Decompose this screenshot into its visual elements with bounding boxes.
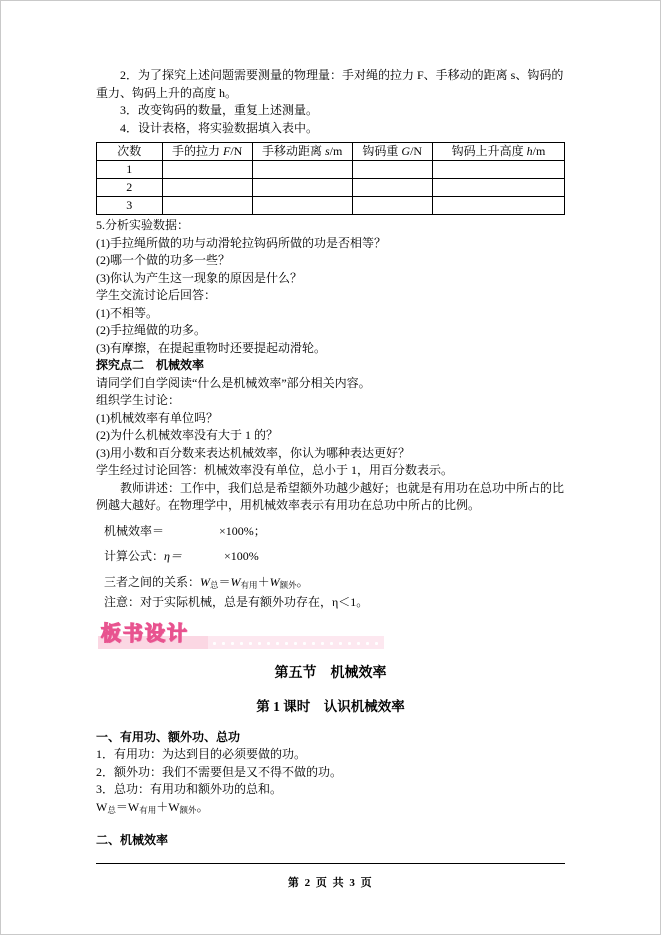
variable-symbol: G — [401, 144, 410, 158]
discussion-line: 请同学们自学阅读“什么是机械效率”部分相关内容。 — [96, 375, 565, 393]
board-design-banner: 板书设计 — [96, 621, 565, 650]
row-number-cell: 1 — [97, 161, 163, 179]
data-cell — [162, 179, 252, 197]
footer-divider — [96, 863, 565, 864]
analysis-line: (1)手拉绳所做的功与动滑轮拉钩码所做的功是否相等？ — [96, 235, 565, 253]
formula-label: 计算公式： — [104, 549, 164, 563]
header-label: 钩码重 — [362, 144, 401, 158]
explore-point-heading: 探究点二 机械效率 — [96, 357, 565, 375]
step-paragraph-2: 2．为了探究上述问题需要测量的物理量：手对绳的拉力 F、手移动的距离 s、钩码的… — [96, 67, 565, 102]
subscript-total: 总 — [210, 580, 219, 590]
step-paragraph-4: 4．设计表格，将实验数据填入表中。 — [96, 120, 565, 138]
header-cell-force: 手的拉力 F/N — [162, 143, 252, 161]
discussion-line: (3)用小数和百分数来表达机械效率，你认为哪种表达更好？ — [96, 445, 565, 463]
work-symbol: W — [231, 575, 241, 589]
banner-dotted-strip — [208, 636, 384, 649]
subscript-useful: 有用 — [139, 805, 156, 815]
data-cell — [162, 161, 252, 179]
discussion-line: (2)为什么机械效率没有大于 1 的？ — [96, 427, 565, 445]
header-label: 手的拉力 — [172, 144, 223, 158]
header-label: 手移动距离 — [262, 144, 325, 158]
unit-label: /m — [533, 144, 546, 158]
table-header-row: 次数 手的拉力 F/N 手移动距离 s/m 钩码重 G/N 钩码上升高度 h/m — [97, 143, 565, 161]
efficiency-formula: 机械效率＝×100%； — [104, 523, 565, 541]
data-cell — [352, 161, 432, 179]
plus-sign: ＋ — [156, 800, 168, 814]
equals-sign: ＝ — [219, 575, 231, 589]
header-cell-distance: 手移动距离 s/m — [252, 143, 352, 161]
step-paragraph-3: 3．改变钩码的数量，重复上述测量。 — [96, 102, 565, 120]
analysis-line: (3)有摩擦，在提起重物时还要提起动滑轮。 — [96, 340, 565, 358]
subscript-extra: 额外 — [280, 580, 297, 590]
work-symbol: W — [270, 575, 280, 589]
data-cell — [252, 197, 352, 215]
formula-rhs: ×100% — [224, 549, 259, 563]
data-cell — [252, 161, 352, 179]
table-row: 2 — [97, 179, 565, 197]
board-subheading-1: 一、有用功、额外功、总功 — [96, 729, 565, 747]
work-symbol: W — [128, 800, 139, 814]
row-number-cell: 2 — [97, 179, 163, 197]
work-symbol: W — [96, 800, 107, 814]
analysis-line: (2)手拉绳做的功多。 — [96, 322, 565, 340]
teacher-note-paragraph: 教师讲述：工作中，我们总是希望额外功越少越好；也就是有用功在总功中所占的比例越大… — [96, 480, 565, 515]
data-cell — [352, 179, 432, 197]
calc-formula: 计算公式：η＝×100% — [104, 548, 565, 566]
board-item: 1．有用功：为达到目的必须要做的功。 — [96, 746, 565, 764]
data-cell — [352, 197, 432, 215]
period: 。 — [297, 575, 309, 589]
table-row: 3 — [97, 197, 565, 215]
data-cell — [162, 197, 252, 215]
analysis-line: (1)不相等。 — [96, 305, 565, 323]
work-symbol: W — [200, 575, 210, 589]
board-section-title: 第五节 机械效率 — [96, 665, 565, 683]
data-cell — [432, 179, 564, 197]
board-item: 3．总功：有用功和额外功的总和。 — [96, 781, 565, 799]
table-row: 1 — [97, 161, 565, 179]
relation-formula: 三者之间的关系：W总＝W有用＋W额外。 — [104, 574, 565, 595]
formula-lhs: 机械效率＝ — [104, 524, 164, 538]
board-subheading-2: 二、机械效率 — [96, 832, 565, 850]
subscript-total: 总 — [107, 805, 116, 815]
board-formula: W总＝W有用＋W额外。 — [96, 799, 565, 820]
subscript-extra: 额外 — [180, 805, 197, 815]
analysis-line: 学生交流讨论后回答： — [96, 287, 565, 305]
data-cell — [432, 197, 564, 215]
board-item-list: 1．有用功：为达到目的必须要做的功。 2．额外功：我们不需要但是又不得不做的功。… — [96, 746, 565, 799]
header-cell-count: 次数 — [97, 143, 163, 161]
board-lesson-title: 第 1 课时 认识机械效率 — [96, 698, 565, 716]
data-cell — [432, 161, 564, 179]
discussion-line: (1)机械效率有单位吗？ — [96, 410, 565, 428]
discussion-line: 学生经过讨论回答：机械效率没有单位，总小于 1，用百分数表示。 — [96, 462, 565, 480]
note-line: 注意：对于实际机械，总是有额外功存在，η＜1。 — [104, 594, 565, 612]
unit-label: /N — [230, 144, 242, 158]
board-item: 2．额外功：我们不需要但是又不得不做的功。 — [96, 764, 565, 782]
period: 。 — [197, 800, 209, 814]
row-number-cell: 3 — [97, 197, 163, 215]
header-label: 钩码上升高度 — [452, 144, 527, 158]
unit-label: /m — [330, 144, 343, 158]
discussion-line: 组织学生讨论： — [96, 392, 565, 410]
plus-sign: ＋ — [258, 575, 270, 589]
analysis-line: (3)你认为产生这一现象的原因是什么？ — [96, 270, 565, 288]
document-page: 2．为了探究上述问题需要测量的物理量：手对绳的拉力 F、手移动的距离 s、钩码的… — [0, 0, 661, 935]
eta-symbol: η＝ — [164, 549, 182, 563]
header-cell-height: 钩码上升高度 h/m — [432, 143, 564, 161]
experiment-data-table: 次数 手的拉力 F/N 手移动距离 s/m 钩码重 G/N 钩码上升高度 h/m… — [96, 142, 565, 215]
header-label: 次数 — [117, 144, 141, 158]
unit-label: /N — [410, 144, 422, 158]
formula-rhs: ×100%； — [219, 524, 266, 538]
equals-sign: ＝ — [116, 800, 128, 814]
analysis-line: (2)哪一个做的功多一些？ — [96, 252, 565, 270]
work-symbol: W — [168, 800, 179, 814]
page-number: 第 2 页 共 3 页 — [96, 875, 565, 893]
header-cell-weight: 钩码重 G/N — [352, 143, 432, 161]
subscript-useful: 有用 — [241, 580, 258, 590]
analysis-line: 5.分析实验数据： — [96, 217, 565, 235]
data-cell — [252, 179, 352, 197]
banner-label: 板书设计 — [96, 621, 189, 647]
relation-label: 三者之间的关系： — [104, 575, 200, 589]
